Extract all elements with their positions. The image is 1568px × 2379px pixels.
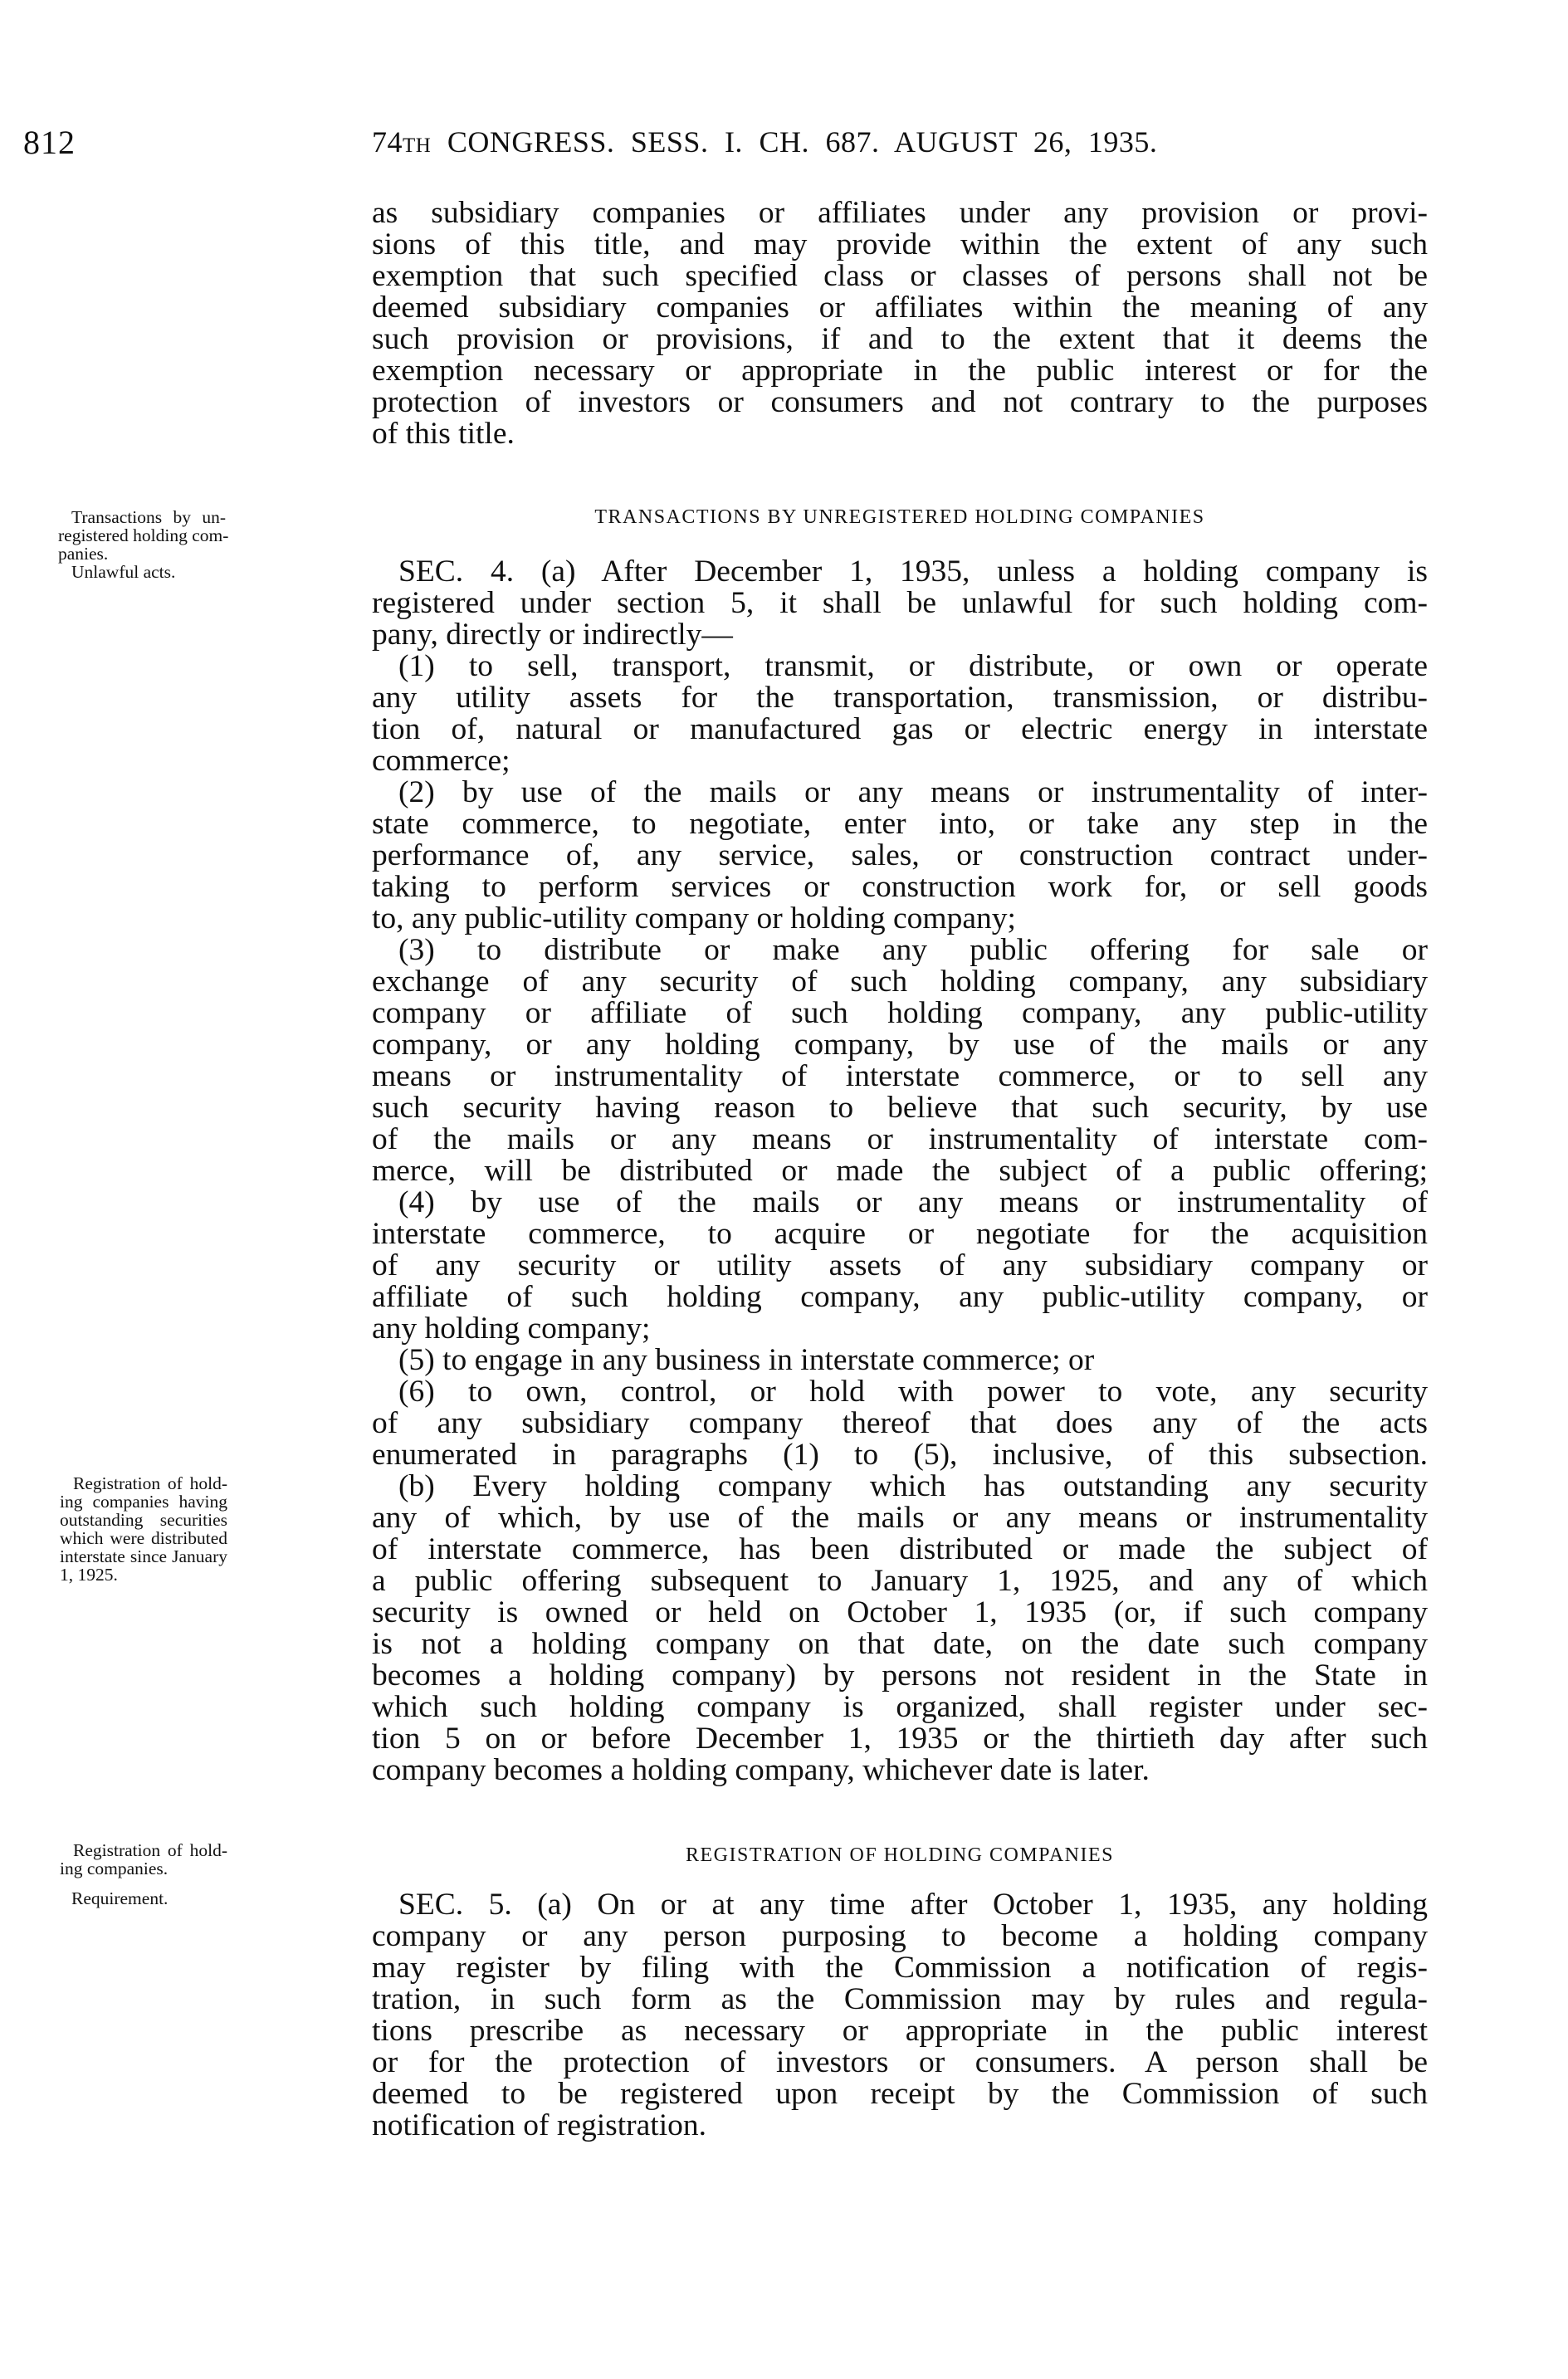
text-line: commerce; bbox=[372, 745, 1428, 777]
margin-note-line: which were distributed bbox=[60, 1529, 227, 1547]
margin-note-line: ing companies. bbox=[60, 1859, 227, 1878]
session: SESS. I. bbox=[631, 125, 743, 159]
text-line: notification of registration. bbox=[372, 2110, 1428, 2142]
text-line: (3) to distribute or make any public off… bbox=[398, 935, 1428, 966]
text-line: performance of, any service, sales, or c… bbox=[372, 840, 1428, 872]
text-line: any of which, by use of the mails or any… bbox=[372, 1502, 1428, 1534]
text-line: pany, directly or indirectly— bbox=[372, 619, 1428, 651]
text-line: (4) by use of the mails or any means or … bbox=[398, 1187, 1428, 1219]
margin-note-registration-outstanding: Registration of hold- ing companies havi… bbox=[60, 1474, 227, 1584]
page-number: 812 bbox=[23, 123, 76, 162]
text-line: of interstate commerce, has been distrib… bbox=[372, 1534, 1428, 1566]
margin-note-line: interstate since January bbox=[60, 1547, 227, 1566]
margin-note-line: 1, 1925. bbox=[60, 1566, 227, 1584]
text-line: (b) Every holding company which has outs… bbox=[398, 1471, 1428, 1502]
text-line: SEC. 5. (a) On or at any time after Octo… bbox=[398, 1889, 1428, 1921]
text-line: exchange of any security of such holding… bbox=[372, 966, 1428, 998]
section-heading-sec5: REGISTRATION OF HOLDING COMPANIES bbox=[372, 1844, 1428, 1867]
text-line: exemption necessary or appropriate in th… bbox=[372, 355, 1428, 387]
margin-note-line: outstanding securities bbox=[60, 1511, 227, 1529]
congress-suffix: TH bbox=[403, 134, 431, 157]
margin-note-line: Transactions by un- bbox=[58, 508, 226, 526]
margin-note-line: registered holding com- bbox=[58, 526, 226, 545]
text-line: exemption that such specified class or c… bbox=[372, 261, 1428, 292]
text-line: which such holding company is organized,… bbox=[372, 1692, 1428, 1723]
text-line: any holding company; bbox=[372, 1313, 1428, 1345]
text-line: (1) to sell, transport, transmit, or dis… bbox=[398, 651, 1428, 682]
margin-note-transactions: Transactions by un- registered holding c… bbox=[58, 508, 226, 563]
text-line: SEC. 4. (a) After December 1, 1935, unle… bbox=[398, 556, 1428, 588]
text-line: taking to perform services or constructi… bbox=[372, 872, 1428, 903]
text-line: affiliate of such holding company, any p… bbox=[372, 1282, 1428, 1313]
text-line: may register by filing with the Commissi… bbox=[372, 1952, 1428, 1984]
margin-note-line: Registration of hold- bbox=[60, 1841, 227, 1859]
text-line: tration, in such form as the Commission … bbox=[372, 1984, 1428, 2015]
chapter: CH. 687. bbox=[759, 125, 879, 159]
text-line: of any security or utility assets of any… bbox=[372, 1250, 1428, 1282]
statute-page: 812 74TH CONGRESS. SESS. I. CH. 687. AUG… bbox=[0, 0, 1568, 2379]
text-line: or for the protection of investors or co… bbox=[372, 2047, 1428, 2079]
date: AUGUST 26, 1935. bbox=[894, 125, 1157, 159]
running-head: 812 74TH CONGRESS. SESS. I. CH. 687. AUG… bbox=[0, 123, 1568, 164]
text-line: interstate commerce, to acquire or negot… bbox=[372, 1219, 1428, 1250]
margin-note-line: ing companies having bbox=[60, 1492, 227, 1511]
text-line: company becomes a holding company, which… bbox=[372, 1755, 1428, 1786]
text-line: of any subsidiary company thereof that d… bbox=[372, 1408, 1428, 1439]
text-line: (2) by use of the mails or any means or … bbox=[398, 777, 1428, 808]
text-line: means or instrumentality of interstate c… bbox=[372, 1061, 1428, 1092]
text-line: (5) to engage in any business in interst… bbox=[398, 1345, 1428, 1376]
text-line: deemed subsidiary companies or affiliate… bbox=[372, 292, 1428, 324]
text-line: company, or any holding company, by use … bbox=[372, 1029, 1428, 1061]
text-line: merce, will be distributed or made the s… bbox=[372, 1155, 1428, 1187]
text-line: tions prescribe as necessary or appropri… bbox=[372, 2015, 1428, 2047]
text-line: security is owned or held on October 1, … bbox=[372, 1597, 1428, 1629]
text-line: company or any person purposing to becom… bbox=[372, 1921, 1428, 1952]
text-line: as subsidiary companies or affiliates un… bbox=[372, 198, 1428, 229]
text-line: registered under section 5, it shall be … bbox=[372, 588, 1428, 619]
text-line: such security having reason to believe t… bbox=[372, 1092, 1428, 1124]
congress-word: CONGRESS. bbox=[447, 125, 615, 159]
text-line: to, any public-utility company or holdin… bbox=[372, 903, 1428, 935]
text-line: company or affiliate of such holding com… bbox=[372, 998, 1428, 1029]
margin-note-requirement: Requirement. bbox=[71, 1889, 237, 1908]
text-line: of this title. bbox=[372, 418, 1428, 450]
text-line: sions of this title, and may provide wit… bbox=[372, 229, 1428, 261]
text-line: state commerce, to negotiate, enter into… bbox=[372, 808, 1428, 840]
margin-note-registration: Registration of hold- ing companies. bbox=[60, 1841, 227, 1878]
text-line: deemed to be registered upon receipt by … bbox=[372, 2079, 1428, 2110]
text-line: protection of investors or consumers and… bbox=[372, 387, 1428, 418]
text-line: tion 5 on or before December 1, 1935 or … bbox=[372, 1723, 1428, 1755]
margin-note-line: Registration of hold- bbox=[60, 1474, 227, 1492]
text-line: of the mails or any means or instrumenta… bbox=[372, 1124, 1428, 1155]
text-line: is not a holding company on that date, o… bbox=[372, 1629, 1428, 1660]
text-line: enumerated in paragraphs (1) to (5), inc… bbox=[372, 1439, 1428, 1471]
margin-note-line: Unlawful acts. bbox=[71, 563, 237, 581]
running-head-text: 74TH CONGRESS. SESS. I. CH. 687. AUGUST … bbox=[372, 125, 1157, 159]
margin-note-line: panies. bbox=[58, 545, 226, 563]
text-line: (6) to own, control, or hold with power … bbox=[398, 1376, 1428, 1408]
margin-note-unlawful-acts: Unlawful acts. bbox=[71, 563, 237, 581]
text-line: a public offering subsequent to January … bbox=[372, 1566, 1428, 1597]
margin-note-line: Requirement. bbox=[71, 1889, 237, 1908]
text-line: tion of, natural or manufactured gas or … bbox=[372, 714, 1428, 745]
section-heading-sec4: TRANSACTIONS BY UNREGISTERED HOLDING COM… bbox=[372, 506, 1428, 529]
congress-number: 74 bbox=[372, 125, 403, 159]
text-line: any utility assets for the transportatio… bbox=[372, 682, 1428, 714]
text-line: such provision or provisions, if and to … bbox=[372, 324, 1428, 355]
text-line: becomes a holding company) by persons no… bbox=[372, 1660, 1428, 1692]
